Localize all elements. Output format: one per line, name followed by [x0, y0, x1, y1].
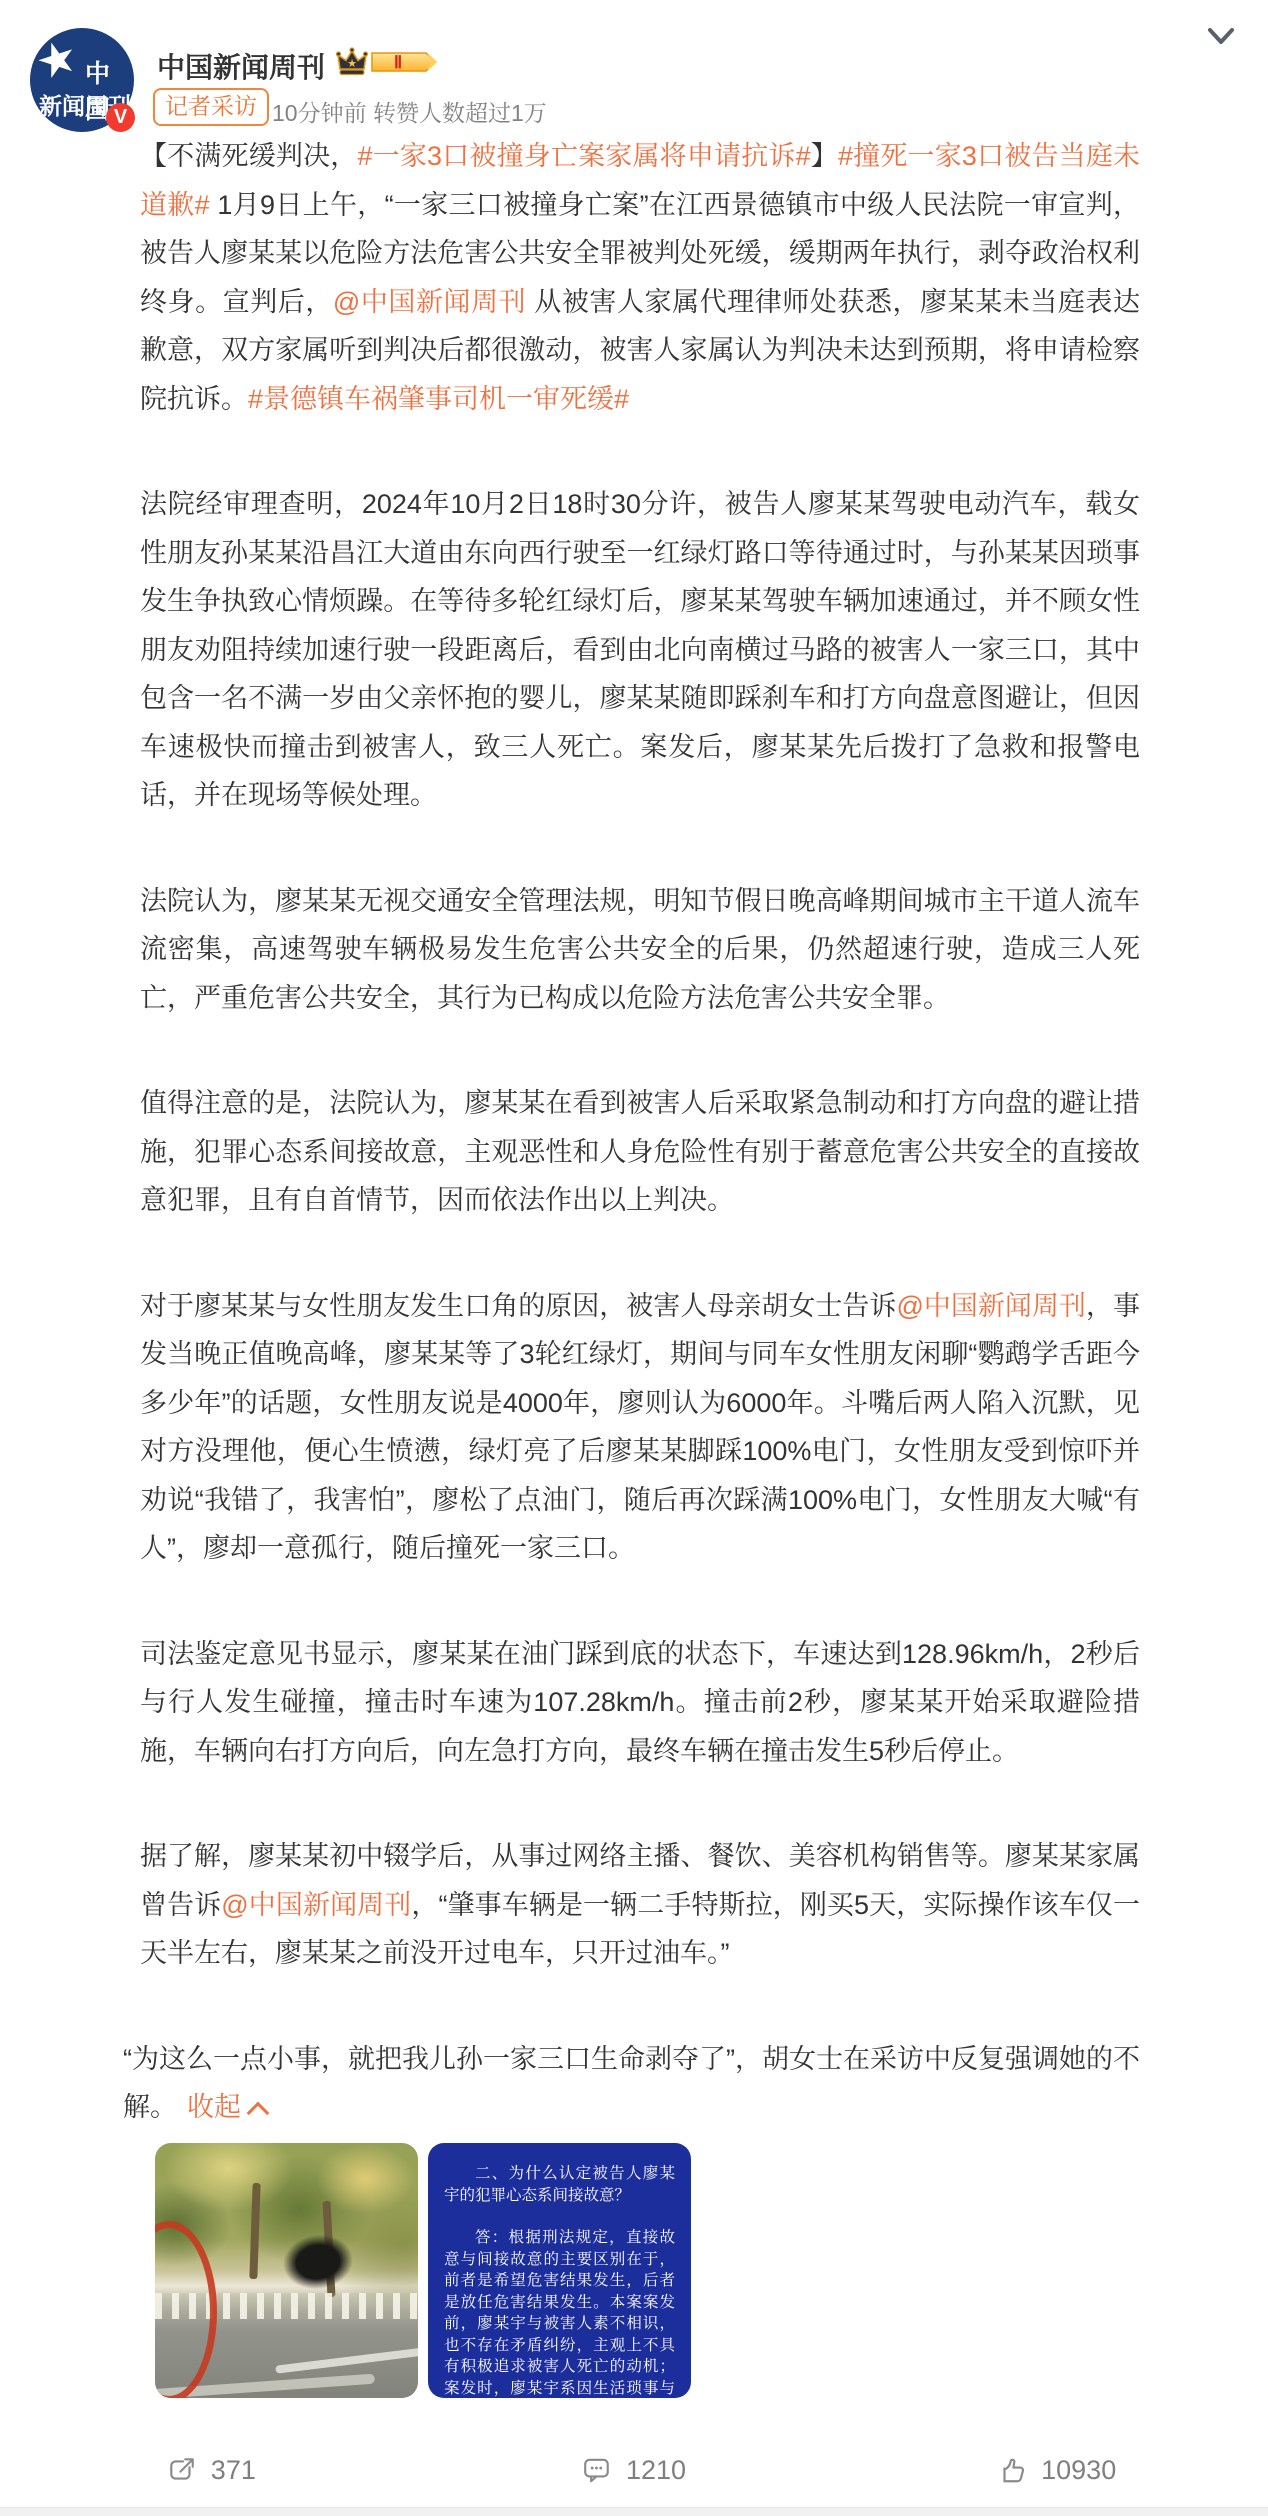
- repost-count: 371: [211, 2455, 256, 2486]
- post-paragraph: “为这么一点小事，就把我儿孙一家三口生命剥夺了”，胡女士在采访中反复强调她的不解…: [123, 2035, 1140, 2132]
- hashtag-link[interactable]: #景德镇车祸肇事司机一审死缓#: [248, 384, 629, 414]
- weibo-post-card: ★ 中国 新闻周刊 V 中国新闻周刊 Ⅱ ★ 记者采访 10分钟前 转赞人数超过…: [0, 0, 1268, 2516]
- vip-crown-badge-icon: Ⅱ ★: [336, 46, 440, 78]
- post-text: 】: [811, 141, 838, 171]
- post-text: 值得注意的是，法院认为，廖某某在看到被害人后采取紧急制动和打方向盘的避让措施，犯…: [140, 1088, 1140, 1215]
- chevron-up-icon: [247, 2102, 270, 2125]
- street-scene-thumbnail[interactable]: [155, 2143, 418, 2398]
- dark-figure-shape: [280, 2230, 357, 2293]
- thumbs-up-icon: [997, 2455, 1027, 2485]
- tree-trunk-shape: [249, 2183, 260, 2279]
- mention-link[interactable]: @中国新闻周刊: [333, 287, 526, 317]
- media-grid: 二、为什么认定被告人廖某宇的犯罪心态系间接故意？ 答：根据刑法规定，直接故意与间…: [155, 2143, 691, 2398]
- post-paragraph: 据了解，廖某某初中辍学后，从事过网络主播、餐饮、美容机构销售等。廖某某家属曾告诉…: [140, 1832, 1140, 1978]
- comment-count: 1210: [626, 2455, 686, 2486]
- svg-text:Ⅱ: Ⅱ: [394, 53, 402, 72]
- post-paragraphs: 【不满死缓判决，#一家3口被撞身亡案家属将申请抗诉#】#撞死一家3口被告当庭未道…: [140, 132, 1140, 2132]
- post-paragraph: 法院经审理查明，2024年10月2日18时30分许，被告人廖某某驾驶电动汽车，载…: [140, 480, 1140, 820]
- reporter-interview-badge: 记者采访: [153, 88, 269, 126]
- post-text: 对于廖某某与女性朋友发生口角的原因，被害人母亲胡女士告诉: [140, 1291, 896, 1321]
- comment-button[interactable]: 1210: [423, 2446, 846, 2494]
- share-icon: [167, 2455, 197, 2485]
- post-paragraph: 法院认为，廖某某无视交通安全管理法规，明知节假日晚高峰期间城市主干道人流车流密集…: [140, 877, 1140, 1023]
- like-button[interactable]: 10930: [845, 2446, 1268, 2494]
- hashtag-link[interactable]: #一家3口被撞身亡案家属将申请抗诉#: [357, 141, 810, 171]
- next-card-divider: [0, 2507, 1268, 2516]
- post-paragraph: 对于廖某某与女性朋友发生口角的原因，被害人母亲胡女士告诉@中国新闻周刊，事发当晚…: [140, 1282, 1140, 1573]
- post-text: “为这么一点小事，就把我儿孙一家三口生命剥夺了”，胡女士在采访中反复强调她的不解…: [123, 2044, 1140, 2123]
- post-paragraph: 值得注意的是，法院认为，廖某某在看到被害人后采取紧急制动和打方向盘的避让措施，犯…: [140, 1079, 1140, 1225]
- mention-link[interactable]: @中国新闻周刊: [896, 1291, 1086, 1321]
- verified-badge-icon: V: [106, 103, 135, 132]
- mention-link[interactable]: @中国新闻周刊: [221, 1890, 411, 1920]
- comment-icon: [582, 2455, 612, 2485]
- post-text: 法院认为，廖某某无视交通安全管理法规，明知节假日晚高峰期间城市主干道人流车流密集…: [140, 886, 1140, 1013]
- lane-marking-shape: [275, 2346, 418, 2373]
- repost-button[interactable]: 371: [0, 2446, 423, 2494]
- collapse-link[interactable]: 收起: [187, 2092, 266, 2122]
- post-text: 法院经审理查明，2024年10月2日18时30分许，被告人廖某某驾驶电动汽车，载…: [140, 489, 1140, 810]
- post-paragraph: 【不满死缓判决，#一家3口被撞身亡案家属将申请抗诉#】#撞死一家3口被告当庭未道…: [140, 132, 1140, 423]
- doc-title: 二、为什么认定被告人廖某宇的犯罪心态系间接故意？: [444, 2163, 675, 2206]
- post-meta: 10分钟前 转赞人数超过1万: [272, 95, 547, 128]
- like-count: 10930: [1041, 2455, 1116, 2486]
- brand-star-icon: ★: [30, 28, 85, 91]
- court-qa-document-thumbnail[interactable]: 二、为什么认定被告人廖某宇的犯罪心态系间接故意？ 答：根据刑法规定，直接故意与间…: [428, 2143, 691, 2398]
- chevron-down-icon[interactable]: [1204, 24, 1238, 50]
- username[interactable]: 中国新闻周刊: [157, 46, 325, 86]
- post-paragraph: 司法鉴定意见书显示，廖某某在油门踩到底的状态下，车速达到128.96km/h，2…: [140, 1630, 1140, 1776]
- red-circle-annotation: [155, 2221, 217, 2398]
- svg-text:★: ★: [347, 58, 357, 70]
- post-text: ，事发当晚正值晚高峰，廖某某等了3轮红绿灯，期间与同车女性朋友闲聊“鹦鹉学舌距今…: [140, 1291, 1140, 1564]
- action-bar: 371 1210 10930: [0, 2446, 1268, 2494]
- post-text: 【不满死缓判决，: [140, 141, 357, 171]
- doc-body: 答：根据刑法规定，直接故意与间接故意的主要区别在于，前者是希望危害结果发生，后者…: [444, 2227, 675, 2398]
- post-text: 司法鉴定意见书显示，廖某某在油门踩到底的状态下，车速达到128.96km/h，2…: [140, 1639, 1140, 1766]
